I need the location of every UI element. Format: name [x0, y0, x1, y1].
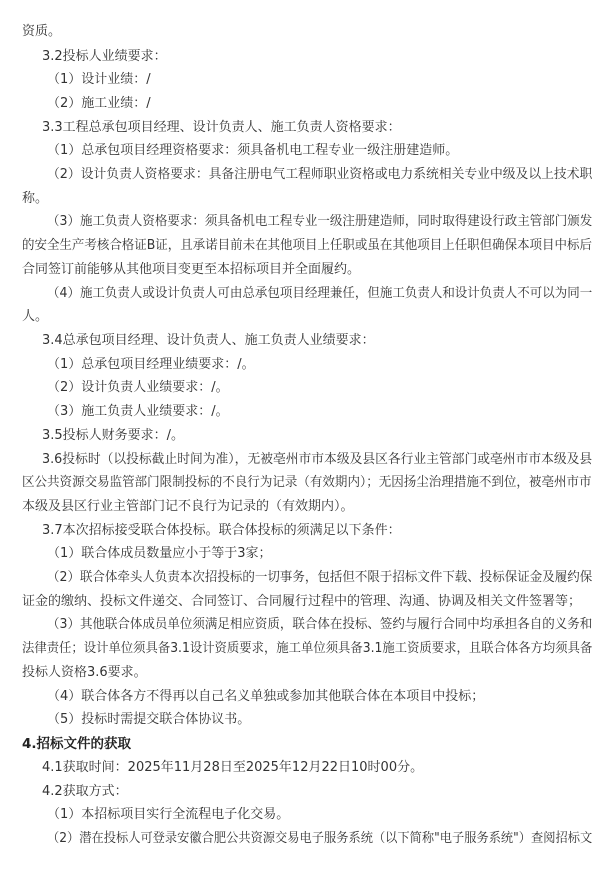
- document-line: 4.2获取方式：: [42, 784, 128, 800]
- document-line: （2）设计负责人资格要求：具备注册电气工程师职业资格或电力系统相关专业中级及以上…: [47, 167, 592, 183]
- document-line: 合同签订前能够从其他项目变更至本招标项目并全面履约。: [22, 262, 360, 278]
- document-line: 4.1获取时间：2025年11月28日至2025年12月22日10时00分。: [42, 760, 423, 776]
- document-line: （2）施工业绩：/: [47, 96, 151, 112]
- document-line: （2）联合体牵头人负责本次招投标的一切事务，包括但不限于招标文件下载、投标保证金…: [47, 570, 592, 586]
- document-line: （1）总承包项目经理资格要求：须具备机电工程专业一级注册建造师。: [47, 143, 458, 159]
- document-line: （4）联合体各方不得再以自己名义单独或参加其他联合体在本项目中投标；: [47, 689, 484, 705]
- document-line: 法律责任；设计单位须具备3.1设计资质要求，施工单位须具备3.1施工资质要求，且…: [22, 641, 592, 657]
- document-line: 3.3工程总承包项目经理、设计负责人、施工负责人资格要求：: [42, 120, 401, 136]
- document-line: 3.6投标时（以投标截止时间为准），无被亳州市市本级及县区各行业主管部门或亳州市…: [42, 452, 592, 468]
- document-line: （3）其他联合体成员单位须满足相应资质，联合体在投标、签约与履行合同中均承担各自…: [47, 617, 592, 633]
- document-line: 3.2投标人业绩要求：: [42, 49, 167, 65]
- document-line: 3.5投标人财务要求：/。: [42, 428, 184, 444]
- document-line: 投标人资格3.6要求。: [22, 665, 147, 681]
- document-line: （1）总承包项目经理业绩要求：/。: [47, 357, 255, 373]
- document-line: 证金的缴纳、投标文件递交、合同签订、合同履行过程中的管理、沟通、协调及相关文件签…: [22, 594, 581, 610]
- document-line: （5）投标时需提交联合体协议书。: [47, 712, 250, 728]
- document-line: （4）施工负责人或设计负责人可由总承包项目经理兼任，但施工负责人和设计负责人不可…: [47, 286, 592, 302]
- document-line: （1）设计业绩：/: [47, 72, 151, 88]
- section-heading: 4.招标文件的获取: [22, 736, 131, 752]
- document-line: 称。: [22, 191, 48, 207]
- document-line: 的安全生产考核合格证B证，且承诺目前未在其他项目上任职或虽在其他项目上任职但确保…: [22, 238, 592, 254]
- document-line: 区公共资源交易监管部门限制投标的不良行为记录（有效期内）；无因扬尘治理措施不到位…: [22, 475, 592, 491]
- document-line: （1）本招标项目实行全流程电子化交易。: [47, 807, 289, 823]
- document-line: 3.7本次招标接受联合体投标。联合体投标的须满足以下条件：: [42, 523, 401, 539]
- document-line: 本级及县区行业主管部门记不良行为记录的（有效期内）。: [22, 499, 354, 515]
- document-line: 资质。: [22, 24, 61, 40]
- document-line: （2）潜在投标人可登录安徽合肥公共资源交易电子服务系统（以下简称"电子服务系统"…: [47, 831, 592, 847]
- document-line: 3.4总承包项目经理、设计负责人、施工负责人业绩要求：: [42, 333, 375, 349]
- document-line: （1）联合体成员数量应小于等于3家；: [47, 546, 272, 562]
- document-line: （2）设计负责人业绩要求：/。: [47, 380, 229, 396]
- document-line: 人。: [22, 309, 48, 325]
- document-line: （3）施工负责人资格要求：须具备机电工程专业一级注册建造师，同时取得建设行政主管…: [47, 214, 592, 230]
- document-line: （3）施工负责人业绩要求：/。: [47, 404, 229, 420]
